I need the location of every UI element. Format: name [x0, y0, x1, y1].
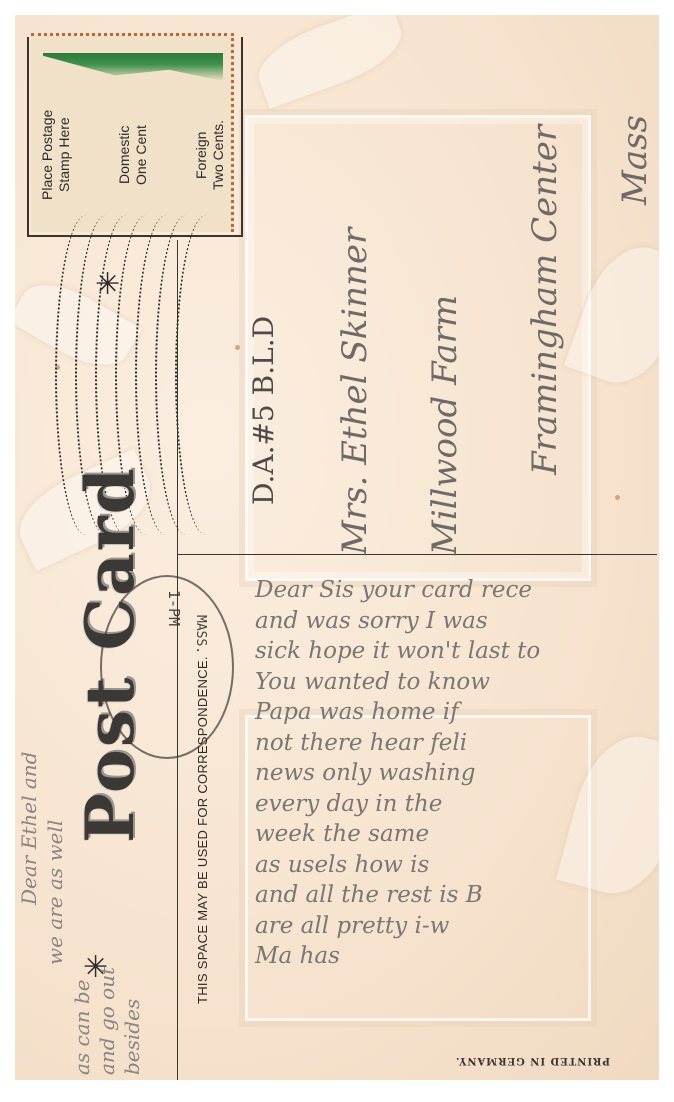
- correspondence-label: THIS SPACE MAY BE USED FOR CORRESPONDENC…: [195, 610, 210, 1050]
- domestic-rate: Domestic One Cent: [116, 85, 150, 225]
- foreign-rate: Foreign Two Cents.: [193, 85, 227, 225]
- horizontal-divider: [177, 554, 657, 555]
- message-line: every day in the: [255, 789, 659, 820]
- printed-in-label: PRINTED IN GERMANY.: [455, 1055, 610, 1066]
- address-name: Mrs. Ethel Skinner: [335, 35, 375, 555]
- message-line: news only washing: [255, 758, 659, 789]
- vertical-divider: [177, 240, 178, 1080]
- message-line: are all pretty i-w: [255, 911, 659, 942]
- margin-message-line: and go out: [95, 915, 119, 1075]
- message-line: and was sorry I was: [255, 606, 659, 637]
- stamp-instruction: Place Postage Stamp Here: [39, 85, 73, 225]
- margin-message-line: Dear Ethel and: [17, 575, 41, 905]
- message-line: as usels how is: [255, 850, 659, 881]
- message-line: Papa was home if: [255, 697, 659, 728]
- message-line: Dear Sis your card rece: [255, 575, 659, 606]
- address-route: D.A.#5 B.L.D: [247, 305, 280, 505]
- message-line: You wanted to know: [255, 667, 659, 698]
- message-line: not there hear feli: [255, 728, 659, 759]
- message-line: and all the rest is B: [255, 880, 659, 911]
- message-line: week the same: [255, 819, 659, 850]
- address-street: Millwood Farm: [425, 195, 465, 555]
- foxing-spot: [615, 495, 620, 500]
- message-line: sick hope it won't last to: [255, 636, 659, 667]
- address-city: Framingham Center: [525, 15, 565, 475]
- message-line: Ma has: [255, 941, 659, 972]
- postmark-time: 1-PM: [165, 590, 183, 626]
- margin-message-line: besides: [120, 965, 144, 1075]
- margin-message-line: we are as well: [43, 665, 67, 965]
- embossed-leaf: [249, 15, 410, 109]
- postcard-back: Place Postage Stamp Here Domestic One Ce…: [15, 15, 659, 1080]
- cancellation-line: [175, 215, 237, 535]
- handwritten-message: Dear Sis your card rece and was sorry I …: [255, 575, 659, 972]
- asterisk-ornament-icon: ✳: [95, 267, 120, 302]
- stamp-box-text: Place Postage Stamp Here Domestic One Ce…: [39, 85, 227, 225]
- address-state: Mass: [615, 55, 655, 205]
- margin-message-line: as can be: [70, 895, 94, 1075]
